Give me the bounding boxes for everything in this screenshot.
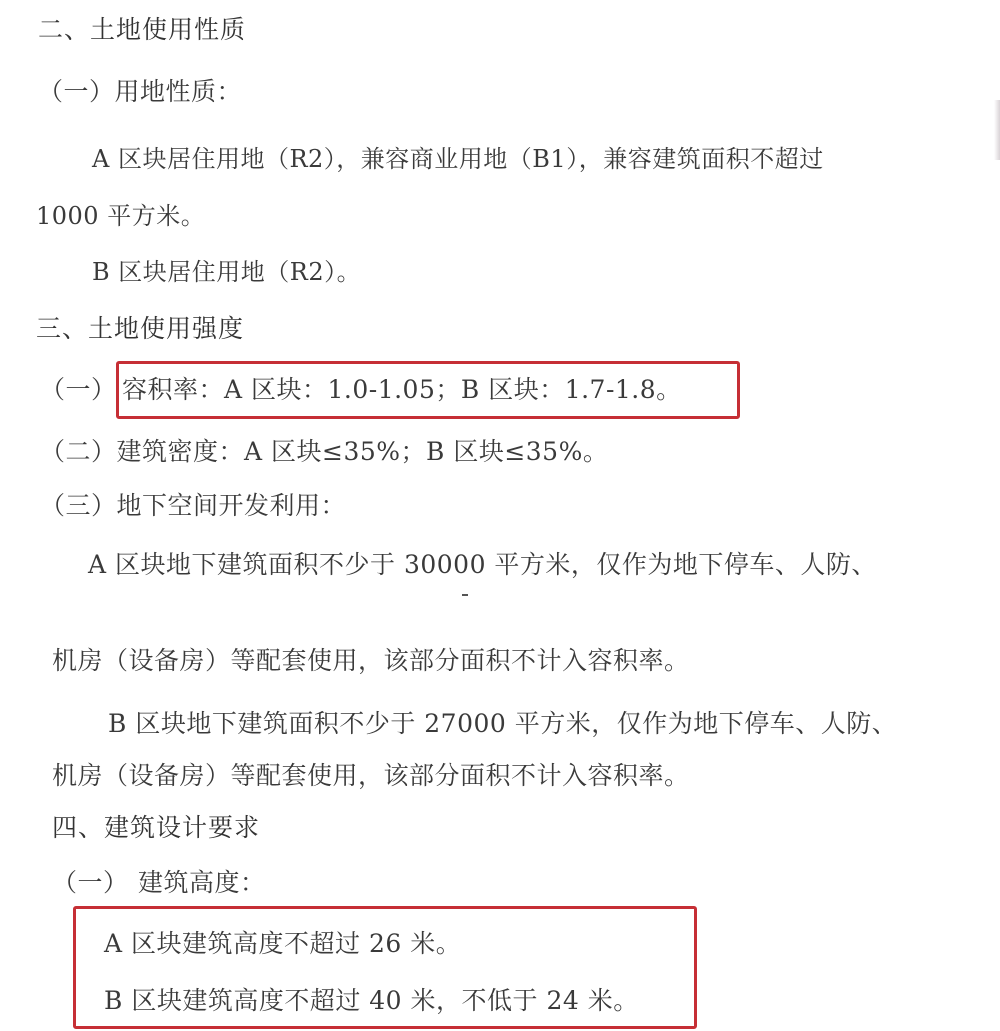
page-edge-shadow (994, 100, 1000, 160)
section-3-sub3-underground: （三）地下空间开发利用： (40, 490, 346, 522)
section-3-b-line2: 机房（设备房）等配套使用，该部分面积不计入容积率。 (52, 760, 690, 792)
section-2-sub1-label: （一）用地性质： (38, 76, 242, 108)
section-3-a-line1: A 区块地下建筑面积不少于 30000 平方米，仅作为地下停车、人防、 (88, 549, 877, 581)
section-3-sub1-prefix: （一） (40, 374, 117, 406)
section-3-b-line1: B 区块地下建筑面积不少于 27000 平方米，仅作为地下停车、人防、 (108, 708, 897, 740)
section-2-para2: B 区块居住用地（R2）。 (92, 256, 361, 288)
section-4-sub1-label: 建筑高度： (138, 867, 266, 899)
section-3-title: 三、土地使用强度 (36, 313, 244, 345)
section-3-sub2-density: （二）建筑密度：A 区块≤35%；B 区块≤35%。 (40, 436, 608, 468)
section-4-title: 四、建筑设计要求 (52, 812, 260, 844)
section-4-a-height: A 区块建筑高度不超过 26 米。 (104, 928, 461, 960)
section-3-a-line2: 机房（设备房）等配套使用，该部分面积不计入容积率。 (52, 645, 690, 677)
section-4-sub1-prefix: （一） (52, 867, 129, 899)
scan-artifact (462, 594, 468, 596)
section-2-para1-line2: 1000 平方米。 (36, 200, 205, 232)
section-4-b-height: B 区块建筑高度不超过 40 米，不低于 24 米。 (104, 985, 639, 1017)
section-3-sub1-far: 容积率：A 区块：1.0-1.05；B 区块：1.7-1.8。 (122, 374, 682, 406)
section-2-title: 二、土地使用性质 (38, 14, 246, 46)
section-2-para1-line1: A 区块居住用地（R2），兼容商业用地（B1），兼容建筑面积不超过 (92, 143, 824, 175)
